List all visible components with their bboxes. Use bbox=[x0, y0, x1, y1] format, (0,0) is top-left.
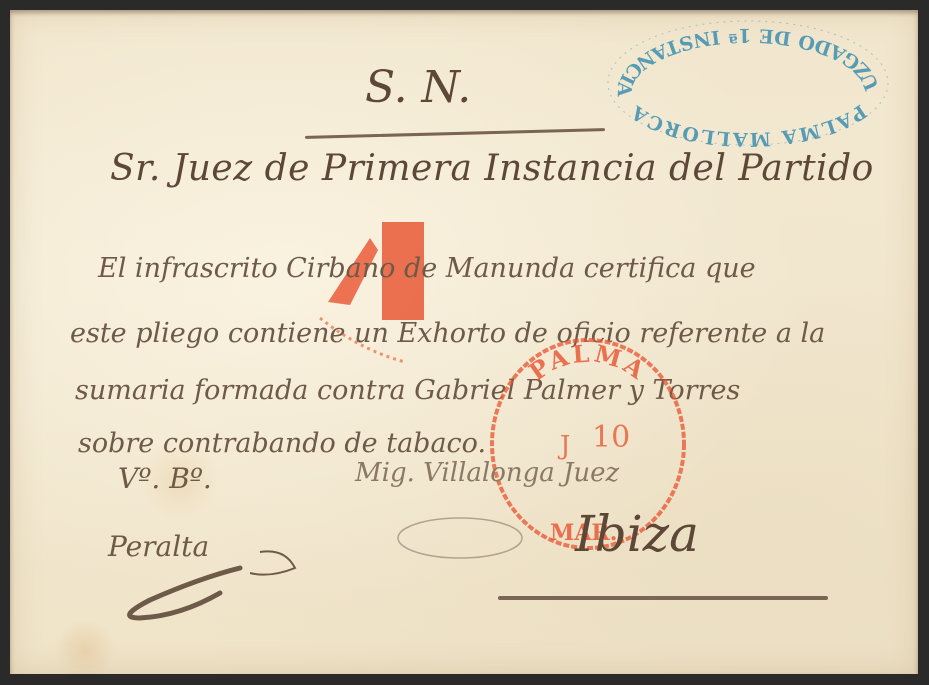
oval-stamp-top-text: PALMA MALLORCA bbox=[626, 100, 870, 150]
svg-text:PALMA: PALMA bbox=[523, 339, 652, 387]
signature-underline bbox=[498, 596, 828, 600]
circular-stamp-top-text: PALMA bbox=[523, 339, 652, 387]
body-line-2: este pliego contiene un Exhorto de ofici… bbox=[70, 318, 825, 349]
flourish-oval bbox=[390, 508, 530, 568]
document-paper: PALMA MALLORCA JUZGADO DE 1ª INSTANCIA S… bbox=[10, 10, 918, 674]
svg-text:PALMA MALLORCA: PALMA MALLORCA bbox=[626, 100, 870, 150]
signature-ibiza: Ibiza bbox=[575, 505, 699, 563]
body-line-4: sobre contrabando de tabaco. bbox=[78, 428, 486, 459]
signature-villalonga: Mig. Villalonga Juez bbox=[355, 458, 619, 488]
circular-stamp-day: 10 bbox=[592, 420, 630, 455]
oval-court-stamp: PALMA MALLORCA JUZGADO DE 1ª INSTANCIA bbox=[593, 15, 903, 155]
signature-flourish-left bbox=[110, 538, 310, 628]
visto-bueno: Vº. Bº. bbox=[118, 462, 212, 495]
circular-stamp-month: J bbox=[557, 431, 570, 461]
sn-mark: S. N. bbox=[365, 62, 471, 113]
body-line-1: El infrascrito Cirbano de Manunda certif… bbox=[98, 253, 756, 284]
address-line: Sr. Juez de Primera Instancia del Partid… bbox=[110, 148, 874, 189]
underline-rule bbox=[305, 128, 605, 139]
